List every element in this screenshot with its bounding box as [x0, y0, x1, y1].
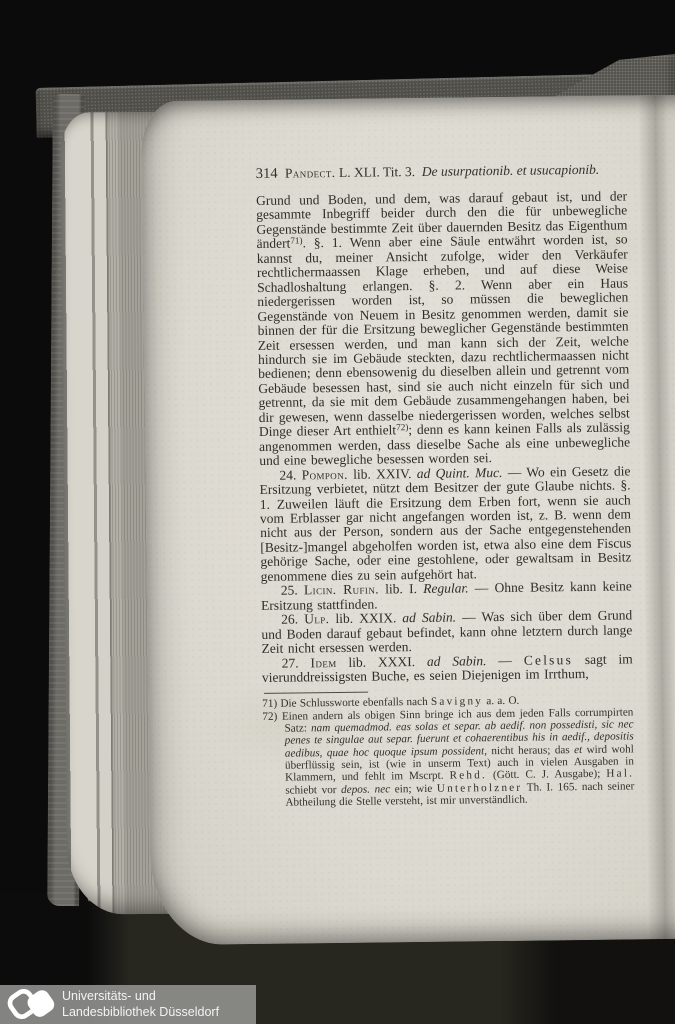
page-body-text: Grund und Boden, und dem, was darauf geb… — [256, 189, 633, 685]
library-name-line2: Landesbibliothek Düsseldorf — [62, 1004, 219, 1020]
text-run: — — [486, 652, 523, 667]
library-watermark-bar: Universitäts- und Landesbibliothek Düsse… — [0, 985, 256, 1024]
text-run: Unterholzner — [437, 782, 523, 795]
footnotes: 71) Die Schlussworte ebenfalls nach Savi… — [262, 694, 634, 810]
text-run: 24. — [279, 467, 301, 482]
paragraph: Grund und Boden, und dem, was darauf geb… — [256, 189, 630, 468]
running-head: 314 Pandect. L. XLI. Tit. 3. De usurpati… — [256, 161, 627, 182]
text-run: Idem — [310, 655, 336, 670]
text-run: Hal. — [606, 768, 634, 780]
text-run: 314 — [256, 166, 285, 182]
footnote-separator-rule — [264, 692, 368, 694]
text-run: De usurpationib. et usucapionib. — [422, 162, 600, 179]
text-run: ad Sabin. — [427, 653, 487, 669]
library-name-line1: Universitäts- und — [62, 988, 219, 1004]
text-run: ad Sabin. — [402, 610, 456, 626]
text-run: (Gött. C. J. Ausgabe); — [487, 768, 607, 781]
paragraph: 26. Ulp. lib. XXIX. ad Sabin. — Was sich… — [261, 609, 633, 657]
text-run: lib. XXIV. — [348, 466, 417, 482]
text-run: 26. — [281, 612, 304, 627]
text-run: Licin. Rufin. — [304, 582, 379, 598]
text-run: schiebt vor — [285, 784, 341, 797]
text-run: ein; wie — [390, 783, 437, 796]
text-run: , nicht heraus; das — [484, 744, 574, 757]
text-run: Pompon. — [302, 466, 348, 482]
text-run: lib. XXIX. — [329, 610, 402, 626]
text-run: lib. I. — [379, 581, 423, 597]
footnote-ref: 72) — [396, 422, 408, 432]
text-run: L. XLI. Tit. 3. — [335, 164, 421, 180]
paragraph: 24. Pompon. lib. XXIV. ad Quint. Muc. — … — [259, 464, 631, 584]
text-run: Regular. — [423, 581, 469, 597]
page-text-column: 314 Pandect. L. XLI. Tit. 3. De usurpati… — [256, 161, 635, 809]
text-run: depos. nec — [341, 783, 390, 796]
text-run: . §. 1. Wenn aber eine Säule entwährt wo… — [257, 232, 630, 439]
text-run: Rehd. — [449, 770, 487, 782]
paragraph: 27. Idem lib. XXXI. ad Sabin. — Celsus s… — [262, 652, 633, 685]
text-run: — Wo ein Gesetz die Ersitzung verbietet,… — [260, 463, 632, 584]
text-run: Savigny — [431, 696, 483, 709]
scanned-book-viewer: 314 Pandect. L. XLI. Tit. 3. De usurpati… — [0, 0, 675, 1024]
text-run: Celsus — [524, 652, 573, 668]
footnote-ref: 71) — [290, 236, 302, 246]
text-run: Ulp. — [304, 611, 329, 626]
book-page: 314 Pandect. L. XLI. Tit. 3. De usurpati… — [141, 95, 675, 946]
text-run: 25. — [281, 583, 304, 598]
text-run: Pandect. — [285, 165, 336, 181]
library-name: Universitäts- und Landesbibliothek Düsse… — [62, 988, 219, 1020]
footnote-item: 72) Einen andern als obigen Sinn bringe … — [262, 706, 634, 809]
text-run: a. a. O. — [483, 695, 519, 707]
ulb-open-book-logo-icon — [4, 979, 60, 1024]
text-run: 27. — [282, 655, 311, 670]
